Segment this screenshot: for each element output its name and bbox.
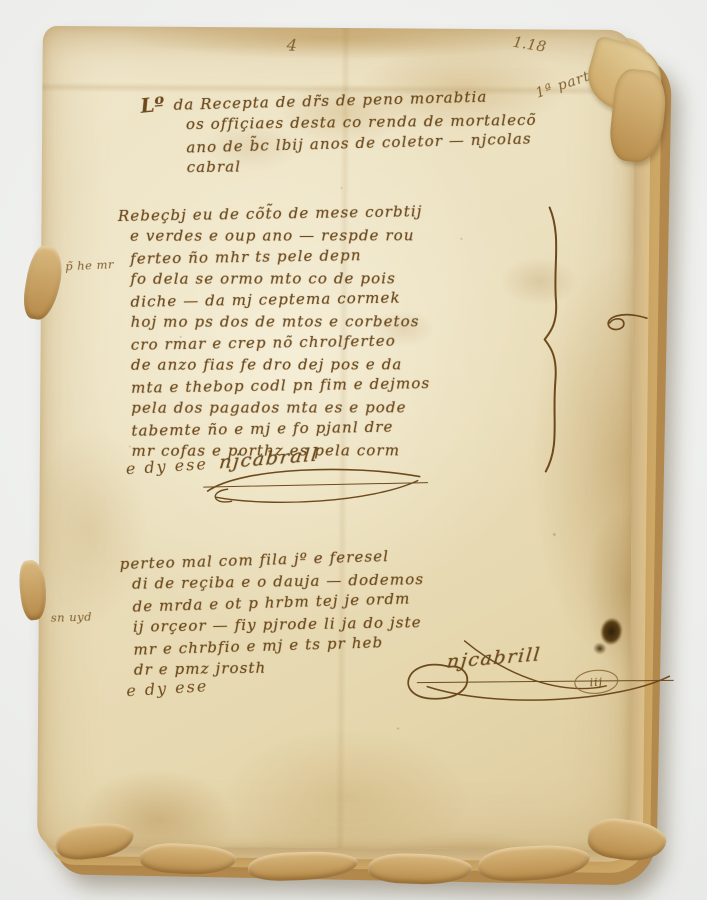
- manuscript-line: cro rmar e crep nõ chrolferteo: [119, 330, 430, 356]
- manuscript-line: pela dos pagados mta es e pode: [119, 397, 430, 419]
- signature-1: njcabrall: [220, 447, 318, 470]
- tally-value: iij: [589, 675, 603, 689]
- manuscript-line: e verdes e oup ano — respde rou: [118, 225, 429, 247]
- manuscript-line: cabral: [175, 152, 538, 178]
- page-number: 4: [286, 35, 298, 55]
- margin-note: sn uyd: [51, 610, 93, 625]
- manuscript-line: de anzo fias fe dro dej pos e da: [119, 354, 430, 376]
- entry-2-text: perteo mal com fila jº e feresel di de r…: [119, 546, 426, 681]
- archive-reference: 1.18: [512, 33, 548, 56]
- entry-2-closing: e dy ese: [126, 676, 209, 700]
- manuscript-line: dr e pmz jrosth: [122, 655, 426, 681]
- manuscript-line: hoj mo ps dos de mtos e corbetos: [119, 311, 430, 333]
- photo-background: 4 1.18 1ª parte Lº da Recepta de dr̃s de…: [0, 0, 707, 900]
- manuscript-line: Rebeçbj eu de cõt̃o de mese corbtij: [118, 201, 429, 227]
- heading-initial: Lº: [139, 92, 165, 118]
- entry-1-text: Rebeçbj eu de cõt̃o de mese corbtij e ve…: [118, 202, 431, 462]
- signature-flourish-icon: [202, 461, 432, 509]
- manuscript-line: diche — da mj ceptema cormek: [118, 287, 429, 313]
- manuscript-line: fo dela se ormo mto co de pois: [118, 268, 429, 290]
- margin-flourish-icon: [597, 310, 651, 340]
- manuscript-line: tabemte ño e mj e fo pjanl dre: [119, 416, 430, 442]
- heading-block: da Recepta de dr̃s de peno morabtia os o…: [173, 87, 537, 179]
- margin-note: p̃ he mr: [65, 257, 114, 273]
- entry-1-brace: [538, 205, 566, 473]
- manuscript-line: ferteo ño mhr ts pele depn: [118, 244, 429, 270]
- manuscript-line: mta e thebop codl pn fim e dejmos: [119, 373, 430, 399]
- entry-1-closing: e dy ese: [125, 454, 208, 478]
- manuscript-page: 4 1.18 1ª parte Lº da Recepta de dr̃s de…: [37, 26, 635, 850]
